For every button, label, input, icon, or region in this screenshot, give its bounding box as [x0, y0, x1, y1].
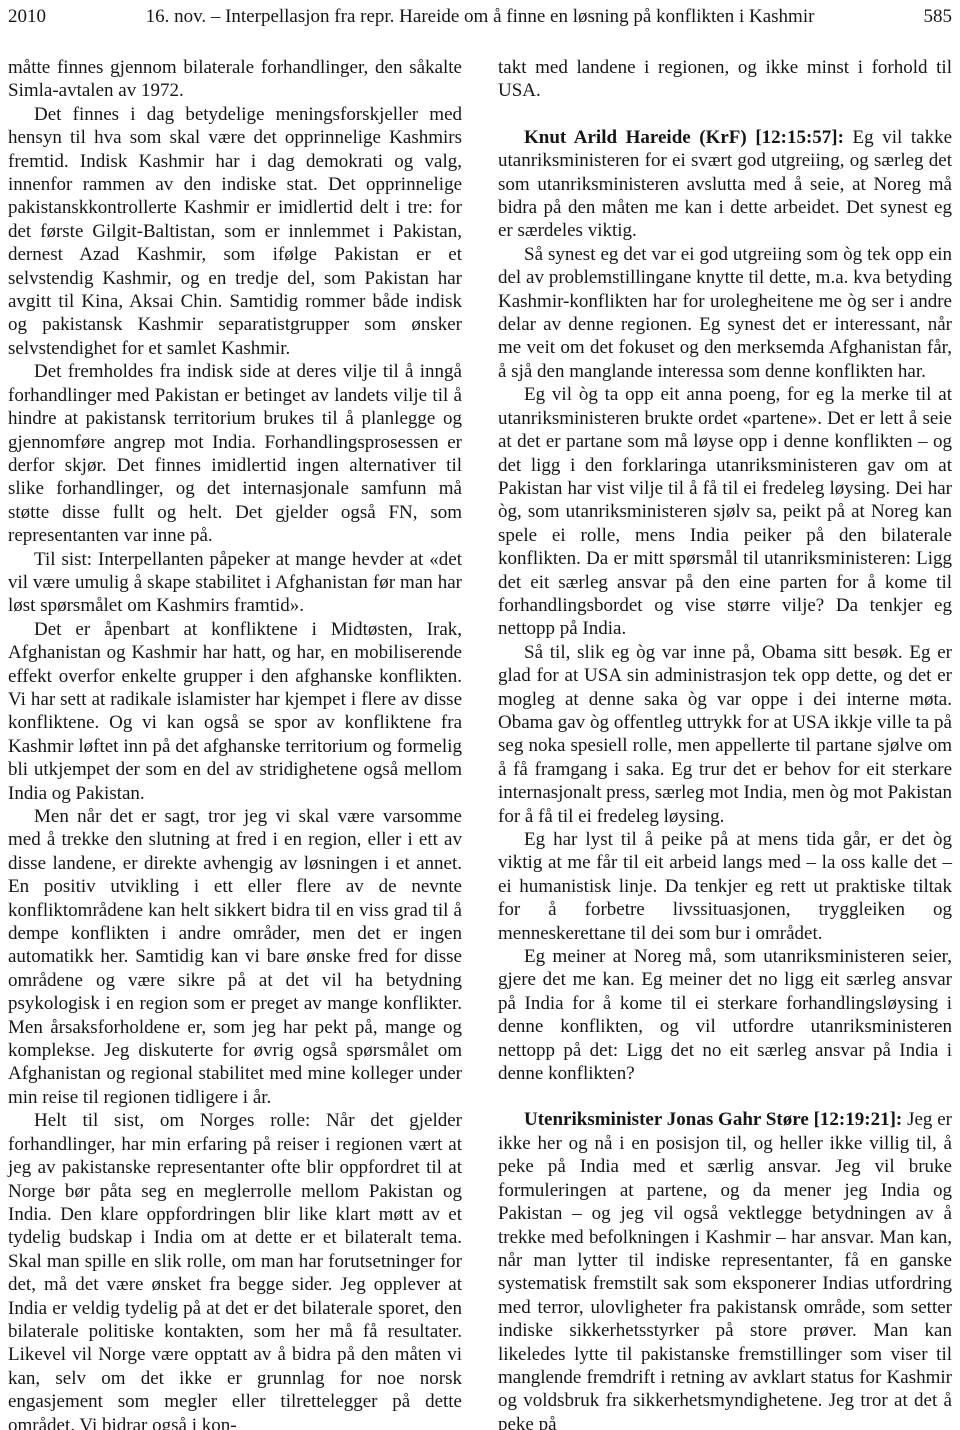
paragraph: Det fremholdes fra indisk side at deres … — [8, 360, 462, 547]
header-title: 16. nov. – Interpellasjon fra repr. Hare… — [98, 6, 862, 28]
paragraph: Så synest eg det var ei god utgreiing so… — [498, 243, 952, 383]
speech-paragraph: Utenriksminister Jonas Gahr Støre [12:19… — [498, 1108, 952, 1430]
paragraph: takt med landene i regionen, og ikke min… — [498, 56, 952, 103]
text-columns: måtte finnes gjennom bilaterale forhandl… — [8, 56, 952, 1430]
right-column: takt med landene i regionen, og ikke min… — [498, 56, 952, 1430]
paragraph: Det finnes i dag betydelige meningsforsk… — [8, 103, 462, 360]
header-year: 2010 — [8, 6, 98, 28]
left-column: måtte finnes gjennom bilaterale forhandl… — [8, 56, 462, 1430]
running-header: 2010 16. nov. – Interpellasjon fra repr.… — [8, 6, 952, 28]
speech-paragraph: Knut Arild Hareide (KrF) [12:15:57]: Eg … — [498, 126, 952, 243]
paragraph: Til sist: Interpellanten påpeker at mang… — [8, 548, 462, 618]
paragraph: Helt til sist, om Norges rolle: Når det … — [8, 1109, 462, 1430]
speaker-label: Utenriksminister Jonas Gahr Støre [12:19… — [524, 1109, 902, 1130]
paragraph: Det er åpenbart at konfliktene i Midtøst… — [8, 618, 462, 805]
paragraph: Eg vil òg ta opp eit anna poeng, for eg … — [498, 383, 952, 640]
paragraph: Men når det er sagt, tror jeg vi skal væ… — [8, 805, 462, 1109]
paragraph: Eg har lyst til å peike på at mens tida … — [498, 828, 952, 945]
paragraph: Eg meiner at Noreg må, som utanriksminis… — [498, 945, 952, 1085]
header-page-number: 585 — [862, 6, 952, 28]
speaker-label: Knut Arild Hareide (KrF) [12:15:57]: — [524, 127, 844, 148]
proceedings-page: 2010 16. nov. – Interpellasjon fra repr.… — [0, 0, 960, 1430]
paragraph: Så til, slik eg òg var inne på, Obama si… — [498, 641, 952, 828]
paragraph: måtte finnes gjennom bilaterale forhandl… — [8, 56, 462, 103]
